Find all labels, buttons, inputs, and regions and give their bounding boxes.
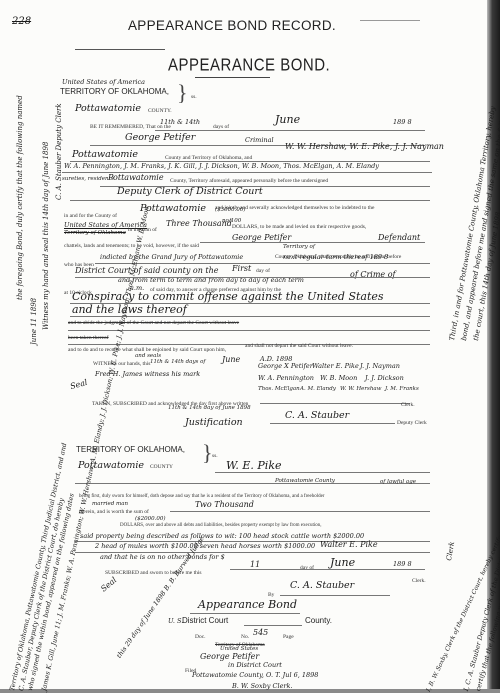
signature-dickson: J. J. Dickson xyxy=(365,374,404,382)
struck-line-2: been taken thereof xyxy=(68,335,109,341)
seal-mark: Seal xyxy=(69,378,88,391)
creditor-struck: Territory of Oklahoma xyxy=(64,230,126,236)
fill-line xyxy=(200,242,425,243)
fill-line xyxy=(244,625,302,626)
struck-line-1: and to abide the judgment of the Court a… xyxy=(68,320,239,326)
fill-line xyxy=(170,511,430,512)
taken-clerk-label: Clerk. xyxy=(401,402,415,408)
court-day: First xyxy=(232,264,251,273)
sureties-line-1: W. W. Hershaw, W. E. Pike, J. J. Nayman xyxy=(285,142,444,151)
subscribed-month: June xyxy=(330,556,355,569)
signature-nayman: J. J. Nayman xyxy=(360,362,400,370)
chattels-text: chattels, lands and tenements; to be voi… xyxy=(64,243,199,249)
subscribed-text: SUBSCRIBED and sworn to before me this xyxy=(105,570,202,576)
fill-line xyxy=(230,569,425,570)
docket-filed-in: in District Court xyxy=(228,661,282,669)
remembered-year: 189 8 xyxy=(393,118,412,126)
brace: } xyxy=(177,80,188,106)
margin-right-clerk: Clerk xyxy=(445,541,456,561)
surety-signature: Walter E. Pike xyxy=(320,540,378,549)
justification-role: Deputy Clerk xyxy=(397,420,427,426)
resident-note: Pottawatomie County xyxy=(275,478,335,484)
signature-elandy: A. M. Elandy xyxy=(300,386,336,392)
sum-figures: ($3000.00) xyxy=(215,207,246,213)
docket-title: Appearance Bond xyxy=(198,598,297,611)
justification-ss: ss. xyxy=(212,453,218,459)
record-title: APPEARANCE BOND RECORD. xyxy=(128,18,336,33)
docket-doc-label: Doc. xyxy=(195,634,206,640)
territory-of-note: Territory of xyxy=(283,244,315,250)
justification-signer: C. A. Stauber xyxy=(285,410,349,421)
subscribed-day-of: day of xyxy=(300,565,314,571)
fill-line xyxy=(215,472,430,473)
defendant-label: Defendant xyxy=(378,233,420,242)
criminal-note: Criminal xyxy=(245,136,274,144)
subscribed-year: 189 8 xyxy=(393,560,412,568)
page-number: 228 xyxy=(12,16,31,27)
docket-court: District Court xyxy=(182,616,228,625)
charge-line-1: Conspiracy to commit offense against the… xyxy=(72,290,384,303)
subscribed-signer: C. A. Stauber xyxy=(290,580,354,591)
document-page: 228 APPEARANCE BOND RECORD. APPEARANCE B… xyxy=(0,0,500,693)
fill-line xyxy=(260,403,410,404)
lawful-age-note: of lawful age xyxy=(380,479,416,485)
margin-left-mid: Witness my hand and seal this 14th day o… xyxy=(42,142,50,330)
leave-text: and shall not depart the said Court with… xyxy=(245,343,353,349)
fill-line xyxy=(75,483,430,484)
witness-date: 11th & 14th days of xyxy=(150,359,205,365)
margin-left-date: June 11 1898 xyxy=(30,298,38,345)
fill-line xyxy=(155,130,425,131)
term-text: next regular term thereof 189 8 xyxy=(283,253,388,261)
court-line: District Court of said county on the xyxy=(75,266,219,275)
fill-line xyxy=(70,200,430,201)
signature-franks: J. M. Franks xyxy=(385,386,419,392)
signature-moon: W. B. Moon xyxy=(320,374,357,382)
witness-prefix: WITNESS our hands, this xyxy=(93,361,150,367)
margin-left-seal: Seal xyxy=(99,575,118,593)
subscribed-clerk-label: Clerk. xyxy=(412,578,426,584)
worth-text: therein, and is worth the sum of xyxy=(79,509,149,515)
brace: } xyxy=(202,440,213,466)
dollars-text: DOLLARS, to be made and levied on their … xyxy=(232,224,366,230)
worth-dollars-text: DOLLARS, over and above all debts and li… xyxy=(120,523,321,528)
sureties-county: Pottawatomie xyxy=(108,173,164,182)
sureties-line-2: W. A. Pennington, J. M. Franks, J. K. Gi… xyxy=(64,162,379,170)
fill-line xyxy=(280,595,390,596)
in-and-for-label: in and for the County of xyxy=(64,213,117,219)
signature-walter-pike: Walter E. Pike xyxy=(312,362,359,370)
venue-annotation: United States of America xyxy=(62,78,145,86)
property-line-1: said property being described as follows… xyxy=(80,532,364,540)
docket-no-label: No. xyxy=(241,634,249,640)
sureties-label: sureties, residents xyxy=(62,176,114,182)
surety-name: W. E. Pike xyxy=(226,459,282,472)
docket-clerk: B. W. Soxby Clerk. xyxy=(232,682,293,690)
venue-county-name: Pottawatomie xyxy=(75,103,141,114)
sureties-text: County, Territory aforesaid, appeared pe… xyxy=(170,178,328,184)
worth-figures: ($2000.00) xyxy=(135,516,166,522)
docket-party-2: George Petifer xyxy=(200,652,259,661)
subscribed-day: 11 xyxy=(250,560,260,569)
worth-words: Two Thousand xyxy=(195,500,254,509)
deposes-text: being first, duly sworn for himself, dot… xyxy=(79,494,324,499)
title-underline xyxy=(195,77,270,78)
fill-line xyxy=(270,423,395,424)
docket-county-label: County. xyxy=(305,616,332,625)
fill-line xyxy=(95,263,430,264)
venue-ss: ss. xyxy=(191,94,197,100)
other-bonds-text: and that he is on no other bonds for $ xyxy=(100,553,225,561)
principal-county: Pottawatomie xyxy=(72,149,138,160)
officer-title: Deputy Clerk of District Court xyxy=(117,186,263,197)
divider xyxy=(360,20,420,21)
signature-hershaw: W. W. Hershaw xyxy=(340,386,381,392)
married-note: married man xyxy=(92,501,128,507)
defendant-name: George Petifer xyxy=(232,233,291,242)
divider xyxy=(75,49,165,50)
remembered-month: June xyxy=(275,113,300,126)
taken-date: 11th & 14th day of June 1898 xyxy=(168,405,251,411)
fill-line xyxy=(190,613,300,614)
property-line-2: 2 head of mules worth $100.00 seven head… xyxy=(95,542,315,550)
bond-title: APPEARANCE BOND. xyxy=(168,56,330,76)
docket-number: 545 xyxy=(253,628,268,637)
justification-label: Justification xyxy=(185,417,243,428)
signature-george-petifer: George X Petifer xyxy=(258,362,313,370)
principal-name: George Petifer xyxy=(125,132,195,143)
venue-territory: TERRITORY OF OKLAHOMA, xyxy=(60,87,169,96)
justification-county-label: COUNTY xyxy=(150,464,173,470)
docket-page-label: Page xyxy=(283,634,294,640)
day-of-label: day of xyxy=(256,268,270,274)
signature-pennington: W. A. Pennington xyxy=(258,374,314,382)
remembered-day: 11th & 14th xyxy=(160,118,200,126)
venue-county-label: COUNTY. xyxy=(148,108,172,114)
margin-left-clerk: C. A. Stauber Deputy Clerk xyxy=(55,103,63,200)
docket-filed-location: Pottawatomie County, O. T. Jul 6, 1898 xyxy=(192,671,318,679)
witness-month: June xyxy=(222,355,240,364)
signature-mcelgan: Thos. McElgan xyxy=(258,386,300,392)
margin-left-bottom-2: C. A. Stauber, Deputy Clerk of the Distr… xyxy=(17,497,66,691)
indicted-text: indicted by the Grand Jury of Pottawatom… xyxy=(100,253,243,261)
margin-left-top: the foregoing Bond, duly certify that th… xyxy=(16,95,24,300)
